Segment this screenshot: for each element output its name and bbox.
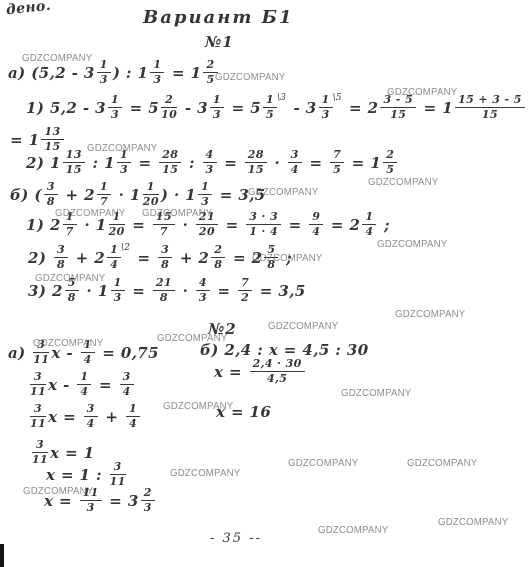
fraction: 157 <box>153 211 175 237</box>
problem2-label: №2 <box>208 322 237 337</box>
fraction: 13 <box>150 59 164 85</box>
fraction: 75 <box>330 149 344 175</box>
fraction: 23 <box>141 487 155 513</box>
fraction: 13 <box>210 94 224 120</box>
fraction: 311 <box>110 461 126 487</box>
fraction: 2815 <box>245 149 267 175</box>
page-number: - 35 -- <box>210 532 262 545</box>
fraction: 25 <box>383 149 397 175</box>
part-b-header: б) (38 + 217 · 1120) · 113 = 3,5 <box>10 183 266 209</box>
fraction: 14 <box>81 339 95 365</box>
fraction: 2120 <box>196 211 218 237</box>
fraction: 14 <box>362 211 376 237</box>
scan-edge-mark <box>0 544 4 567</box>
gdz-watermark: GDZCOMPANY <box>341 387 411 399</box>
fraction: 13 <box>117 149 131 175</box>
p2-a-step-1: 311x - 14 = 34 <box>28 373 136 399</box>
corner-note: дено. <box>5 0 51 17</box>
fraction: 311 <box>30 403 46 429</box>
p2-part-a-equation: а) 311x - 14 = 0,75 <box>8 341 159 367</box>
fraction: 120 <box>109 211 125 237</box>
page-title: Вариант Б1 <box>143 9 294 27</box>
fraction: 113 <box>80 487 102 513</box>
fraction: 14 <box>126 403 140 429</box>
problem1-label: №1 <box>205 35 234 50</box>
step-2: 2) 11315 : 113 = 2815 : 43 = 2815 · 34 =… <box>26 151 399 177</box>
fraction: 34 <box>120 371 134 397</box>
p2-b-step-1: x = 2,4 · 304,5 <box>214 360 307 386</box>
fraction: 17 <box>63 211 77 237</box>
p2-a-result: x = 113 = 323 <box>44 489 157 515</box>
fraction: 311 <box>30 371 46 397</box>
fraction: 13 <box>108 94 122 120</box>
fraction: 218 <box>153 277 175 303</box>
fraction: 2,4 · 304,5 <box>250 358 305 384</box>
fraction: 3 - 515 <box>380 94 416 120</box>
notebook-page: GDZCOMPANYGDZCOMPANYGDZCOMPANYGDZCOMPANY… <box>0 0 529 567</box>
gdz-watermark: GDZCOMPANY <box>377 238 447 250</box>
fraction: 72 <box>238 277 252 303</box>
fraction: 15 <box>263 94 277 120</box>
fraction: 17 <box>97 181 111 207</box>
fraction: 311 <box>32 439 48 465</box>
fraction: 1315 <box>41 126 63 152</box>
fraction: 28 <box>211 244 225 270</box>
part-b-step-3: 3) 258 · 113 = 218 · 43 = 72 = 3,5 <box>28 279 306 305</box>
gdz-watermark: GDZCOMPANY <box>170 467 240 479</box>
fraction: 14 <box>107 244 121 270</box>
fraction: 13 <box>97 59 111 85</box>
part-a-header: а) (5,2 - 313) : 113 = 125 <box>8 61 220 87</box>
fraction: 311 <box>33 339 49 365</box>
fraction: 13 <box>319 94 333 120</box>
fraction: 1315 <box>63 149 85 175</box>
gdz-watermark: GDZCOMPANY <box>288 457 358 469</box>
fraction: 13 <box>111 277 125 303</box>
gdz-watermark: GDZCOMPANY <box>268 320 338 332</box>
gdz-watermark: GDZCOMPANY <box>438 516 508 528</box>
fraction: 34 <box>288 149 302 175</box>
conversion-mark: \2 <box>121 243 130 253</box>
fraction: 25 <box>203 59 217 85</box>
gdz-watermark: GDZCOMPANY <box>318 524 388 536</box>
gdz-watermark: GDZCOMPANY <box>215 71 285 83</box>
fraction: 15 + 3 - 515 <box>455 94 525 120</box>
p2-b-result: x = 16 <box>216 405 271 420</box>
gdz-watermark: GDZCOMPANY <box>407 457 477 469</box>
fraction: 3 · 31 · 4 <box>246 211 281 237</box>
fraction: 43 <box>203 149 217 175</box>
fraction: 94 <box>309 211 323 237</box>
fraction: 38 <box>158 244 172 270</box>
conversion-mark: \3 <box>277 93 286 103</box>
fraction: 120 <box>143 181 159 207</box>
fraction: 38 <box>44 181 58 207</box>
p2-a-step-2: 311x = 34 + 14 <box>28 405 142 431</box>
gdz-watermark: GDZCOMPANY <box>368 176 438 188</box>
fraction: 58 <box>65 277 79 303</box>
fraction: 58 <box>264 244 278 270</box>
fraction: 14 <box>77 371 91 397</box>
p2-part-b-equation: б) 2,4 : x = 4,5 : 30 <box>200 343 369 358</box>
step-1: 1) 5,2 - 313 = 5210 - 313 = 515\3 - 313\… <box>26 96 529 122</box>
fraction: 43 <box>196 277 210 303</box>
fraction: 210 <box>161 94 177 120</box>
part-b-step-2: 2) 38 + 214\2 = 38 + 228 = 258 ; <box>28 246 292 272</box>
fraction: 38 <box>54 244 68 270</box>
fraction: 2815 <box>159 149 181 175</box>
fraction: 13 <box>198 181 212 207</box>
part-b-step-1: 1) 217 · 1120 = 157 · 2120 = 3 · 31 · 4 … <box>26 213 390 239</box>
conversion-mark: \5 <box>333 93 342 103</box>
gdz-watermark: GDZCOMPANY <box>395 308 465 320</box>
fraction: 34 <box>84 403 98 429</box>
